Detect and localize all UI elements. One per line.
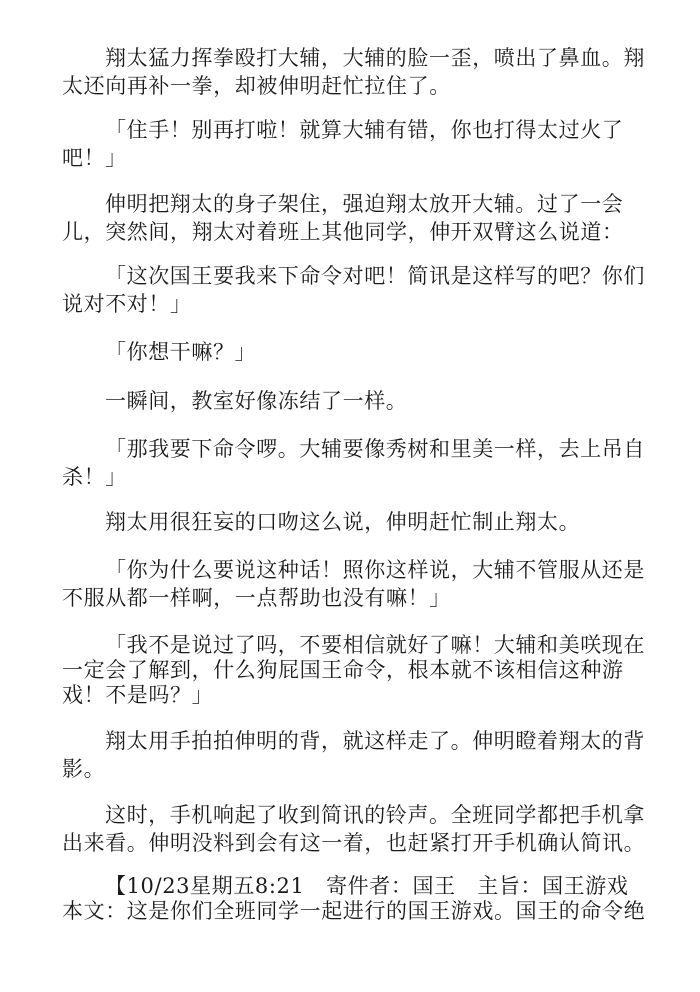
- text-line: 一瞬间，教室好像冻结了一样。: [62, 387, 662, 415]
- text-line: 这时，手机响起了收到简讯的铃声。全班同学都把手机拿: [62, 801, 662, 829]
- paragraph-5: 「你想干嘛？」: [62, 338, 662, 366]
- text-line: 「那我要下命令啰。大辅要像秀树和里美一样，去上吊自: [62, 435, 662, 463]
- message-header-paragraph: 【10/23星期五8:21 寄件者：国王 主旨：国王游戏 本文：这是你们全班同学…: [62, 874, 662, 924]
- paragraph-4: 「这次国王要我来下命令对吧！简讯是这样写的吧？你们 说对不对！」: [62, 262, 662, 318]
- text-line: 戏！不是吗？」: [62, 683, 662, 708]
- text-line: 「你想干嘛？」: [62, 338, 662, 366]
- text-line: 一定会了解到，什么狗屁国王命令，根本就不该相信这种游: [62, 658, 662, 683]
- text-line: 翔太用很狂妄的口吻这么说，伸明赶忙制止翔太。: [62, 508, 662, 536]
- paragraph-2: 「住手！别再打啦！就算大辅有错，你也打得太过火了 吧！」: [62, 116, 662, 172]
- message-header-line: 【10/23星期五8:21 寄件者：国王 主旨：国王游戏: [62, 874, 662, 899]
- text-line: 「你为什么要说这种话！照你这样说，大辅不管服从还是: [62, 556, 662, 584]
- text-line: 翔太猛力挥拳殴打大辅，大辅的脸一歪，喷出了鼻血。翔: [62, 44, 662, 72]
- paragraph-6: 一瞬间，教室好像冻结了一样。: [62, 387, 662, 415]
- paragraph-10: 「我不是说过了吗，不要相信就好了嘛！大辅和美咲现在 一定会了解到，什么狗屁国王命…: [62, 633, 662, 708]
- text-line: 出来看。伸明没料到会有这一着，也赶紧打开手机确认简讯。: [62, 829, 662, 857]
- text-line: 影。: [62, 755, 662, 783]
- paragraph-3: 伸明把翔太的身子架住，强迫翔太放开大辅。过了一会 儿，突然间，翔太对着班上其他同…: [62, 190, 662, 246]
- text-line: 「住手！别再打啦！就算大辅有错，你也打得太过火了: [62, 116, 662, 144]
- text-line: 说对不对！」: [62, 290, 662, 318]
- text-line: 翔太用手拍拍伸明的背，就这样走了。伸明瞪着翔太的背: [62, 727, 662, 755]
- text-line: 伸明把翔太的身子架住，强迫翔太放开大辅。过了一会: [62, 190, 662, 218]
- paragraph-11: 翔太用手拍拍伸明的背，就这样走了。伸明瞪着翔太的背 影。: [62, 727, 662, 783]
- text-line: 不服从都一样啊，一点帮助也没有嘛！」: [62, 584, 662, 612]
- text-line: 「我不是说过了吗，不要相信就好了嘛！大辅和美咲现在: [62, 633, 662, 658]
- text-line: 儿，突然间，翔太对着班上其他同学，伸开双臂这么说道：: [62, 218, 662, 246]
- message-body-line: 本文：这是你们全班同学一起进行的国王游戏。国王的命令绝: [62, 899, 662, 924]
- document-page: 翔太猛力挥拳殴打大辅，大辅的脸一歪，喷出了鼻血。翔 太还向再补一拳，却被伸明赶忙…: [0, 0, 700, 992]
- paragraph-8: 翔太用很狂妄的口吻这么说，伸明赶忙制止翔太。: [62, 508, 662, 536]
- text-line: 吧！」: [62, 144, 662, 172]
- paragraph-7: 「那我要下命令啰。大辅要像秀树和里美一样，去上吊自 杀！」: [62, 435, 662, 491]
- text-line: 太还向再补一拳，却被伸明赶忙拉住了。: [62, 72, 662, 100]
- text-line: 「这次国王要我来下命令对吧！简讯是这样写的吧？你们: [62, 262, 662, 290]
- paragraph-9: 「你为什么要说这种话！照你这样说，大辅不管服从还是 不服从都一样啊，一点帮助也没…: [62, 556, 662, 612]
- paragraph-1: 翔太猛力挥拳殴打大辅，大辅的脸一歪，喷出了鼻血。翔 太还向再补一拳，却被伸明赶忙…: [62, 44, 662, 100]
- paragraph-12: 这时，手机响起了收到简讯的铃声。全班同学都把手机拿 出来看。伸明没料到会有这一着…: [62, 801, 662, 857]
- text-line: 杀！」: [62, 463, 662, 491]
